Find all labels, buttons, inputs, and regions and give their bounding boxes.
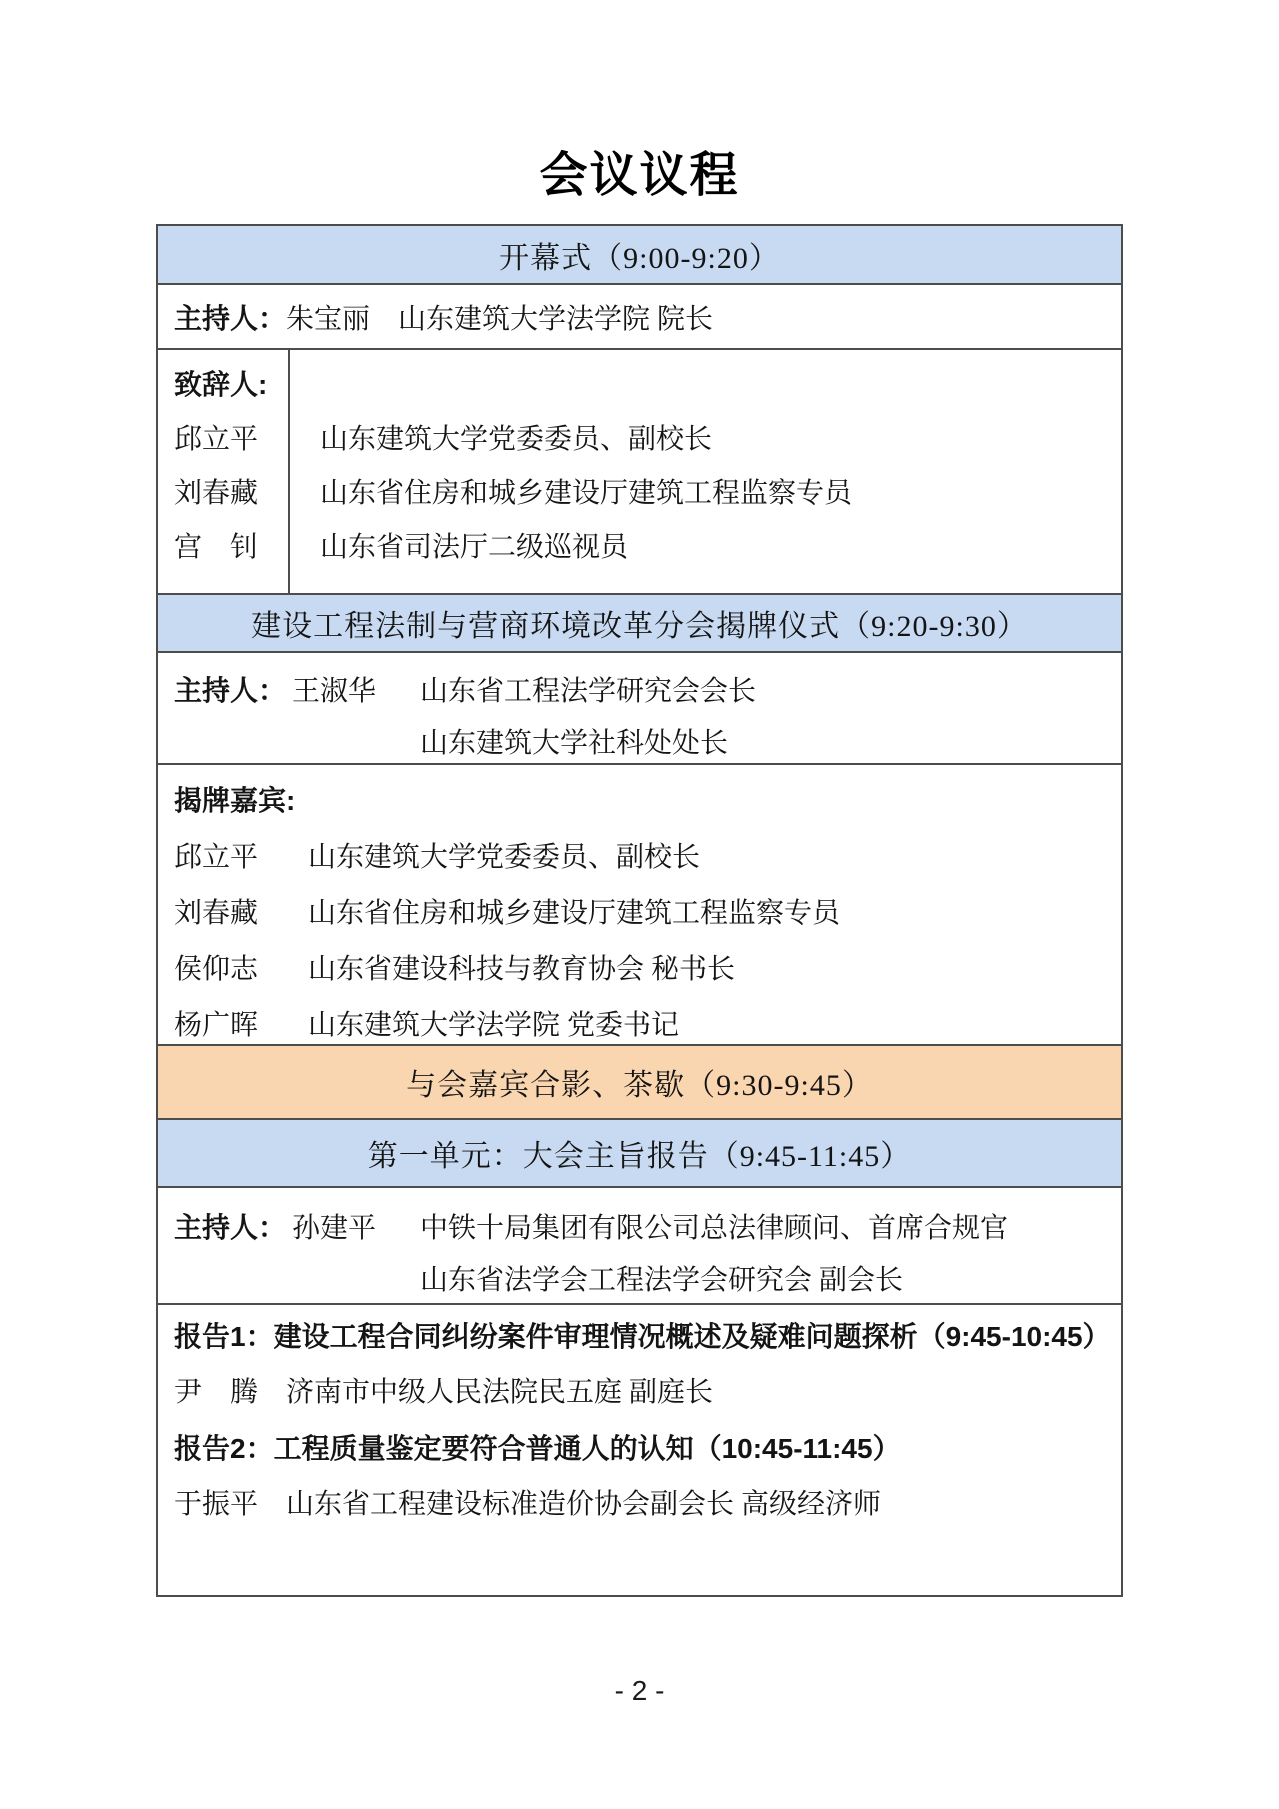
unit1-host-title2: 山东省法学会工程法学会研究会 副会长 xyxy=(174,1252,1121,1304)
unveiling-host-row: 主持人：王淑华山东省工程法学研究会会长 山东建筑大学社科处处长 xyxy=(158,653,1121,765)
greeters-name-column: 致辞人: 邱立平 刘春藏 宫 钊 xyxy=(158,350,290,593)
guests-label: 揭牌嘉宾: xyxy=(174,771,1121,827)
greeter-title: 山东建筑大学党委委员、副校长 xyxy=(320,410,1121,464)
section-header-unveiling: 建设工程法制与营商环境改革分会揭牌仪式（9:20-9:30） xyxy=(158,595,1121,653)
guest-name: 邱立平 xyxy=(174,835,308,875)
guest-name: 侯仰志 xyxy=(174,947,308,987)
greeter-title: 山东省司法厅二级巡视员 xyxy=(320,518,1121,572)
spacer-line xyxy=(320,356,1121,410)
guest-title: 山东省住房和城乡建设厅建筑工程监察专员 xyxy=(308,891,840,931)
report-2-speaker: 于振平 山东省工程建设标准造价协会副会长 高级经济师 xyxy=(174,1477,1105,1533)
greeter-name: 刘春藏 xyxy=(174,464,288,518)
guest-line: 邱立平山东建筑大学党委委员、副校长 xyxy=(174,827,1121,883)
section-header-break: 与会嘉宾合影、茶歇（9:30-9:45） xyxy=(158,1046,1121,1120)
unveiling-host-title1: 山东省工程法学研究会会长 xyxy=(420,669,756,709)
unveiling-host-title2: 山东建筑大学社科处处长 xyxy=(174,715,1121,767)
unveiling-host-label: 主持人： xyxy=(174,669,292,709)
report-1-speaker: 尹 腾 济南市中级人民法院民五庭 副庭长 xyxy=(174,1365,1105,1421)
guest-line: 刘春藏山东省住房和城乡建设厅建筑工程监察专员 xyxy=(174,883,1121,939)
unit1-host-row: 主持人：孙建平中铁十局集团有限公司总法律顾问、首席合规官 山东省法学会工程法学会… xyxy=(158,1188,1121,1305)
opening-host-label: 主持人： xyxy=(174,297,286,337)
section-header-opening: 开幕式（9:00-9:20） xyxy=(158,226,1121,285)
guest-name: 刘春藏 xyxy=(174,891,308,931)
report-1-title: 报告1：建设工程合同纠纷案件审理情况概述及疑难问题探析（9:45-10:45） xyxy=(174,1309,1105,1365)
greeter-name: 邱立平 xyxy=(174,410,288,464)
section-header-unit1-text: 第一单元：大会主旨报告（9:45-11:45） xyxy=(368,1131,912,1175)
unit1-host-label: 主持人： xyxy=(174,1206,292,1246)
opening-host-text: 朱宝丽 山东建筑大学法学院 院长 xyxy=(286,297,713,337)
unit1-host-line1: 主持人：孙建平中铁十局集团有限公司总法律顾问、首席合规官 xyxy=(174,1200,1121,1252)
agenda-page: 会议议程 开幕式（9:00-9:20） 主持人： 朱宝丽 山东建筑大学法学院 院… xyxy=(0,0,1279,1809)
guest-title: 山东省建设科技与教育协会 秘书长 xyxy=(308,947,735,987)
unit1-reports-row: 报告1：建设工程合同纠纷案件审理情况概述及疑难问题探析（9:45-10:45） … xyxy=(158,1305,1121,1595)
unit1-host-name: 孙建平 xyxy=(292,1206,420,1246)
guest-title: 山东建筑大学法学院 党委书记 xyxy=(308,1003,679,1043)
section-header-break-text: 与会嘉宾合影、茶歇（9:30-9:45） xyxy=(406,1060,873,1104)
section-header-unit1: 第一单元：大会主旨报告（9:45-11:45） xyxy=(158,1120,1121,1188)
opening-greeters-row: 致辞人: 邱立平 刘春藏 宫 钊 山东建筑大学党委委员、副校长 山东省住房和城乡… xyxy=(158,350,1121,595)
unveiling-host-line1: 主持人：王淑华山东省工程法学研究会会长 xyxy=(174,663,1121,715)
guest-line: 侯仰志山东省建设科技与教育协会 秘书长 xyxy=(174,939,1121,995)
unit1-host-title1: 中铁十局集团有限公司总法律顾问、首席合规官 xyxy=(420,1206,1008,1246)
opening-host-row: 主持人： 朱宝丽 山东建筑大学法学院 院长 xyxy=(158,285,1121,350)
section-header-unveiling-text: 建设工程法制与营商环境改革分会揭牌仪式（9:20-9:30） xyxy=(251,601,1028,645)
unveiling-guests-row: 揭牌嘉宾: 邱立平山东建筑大学党委委员、副校长 刘春藏山东省住房和城乡建设厅建筑… xyxy=(158,765,1121,1046)
agenda-table: 开幕式（9:00-9:20） 主持人： 朱宝丽 山东建筑大学法学院 院长 致辞人… xyxy=(156,224,1123,1597)
greeters-label: 致辞人: xyxy=(174,356,288,410)
section-header-opening-text: 开幕式（9:00-9:20） xyxy=(499,233,780,277)
report-2-title: 报告2：工程质量鉴定要符合普通人的认知（10:45-11:45） xyxy=(174,1421,1105,1477)
unveiling-host-name: 王淑华 xyxy=(292,669,420,709)
guest-line: 杨广晖山东建筑大学法学院 党委书记 xyxy=(174,995,1121,1046)
greeters-title-column: 山东建筑大学党委委员、副校长 山东省住房和城乡建设厅建筑工程监察专员 山东省司法… xyxy=(290,350,1121,593)
guest-title: 山东建筑大学党委委员、副校长 xyxy=(308,835,700,875)
guest-name: 杨广晖 xyxy=(174,1003,308,1043)
greeter-title: 山东省住房和城乡建设厅建筑工程监察专员 xyxy=(320,464,1121,518)
greeter-name: 宫 钊 xyxy=(174,518,288,572)
page-number: - 2 - xyxy=(0,1675,1279,1707)
page-title: 会议议程 xyxy=(0,0,1279,203)
